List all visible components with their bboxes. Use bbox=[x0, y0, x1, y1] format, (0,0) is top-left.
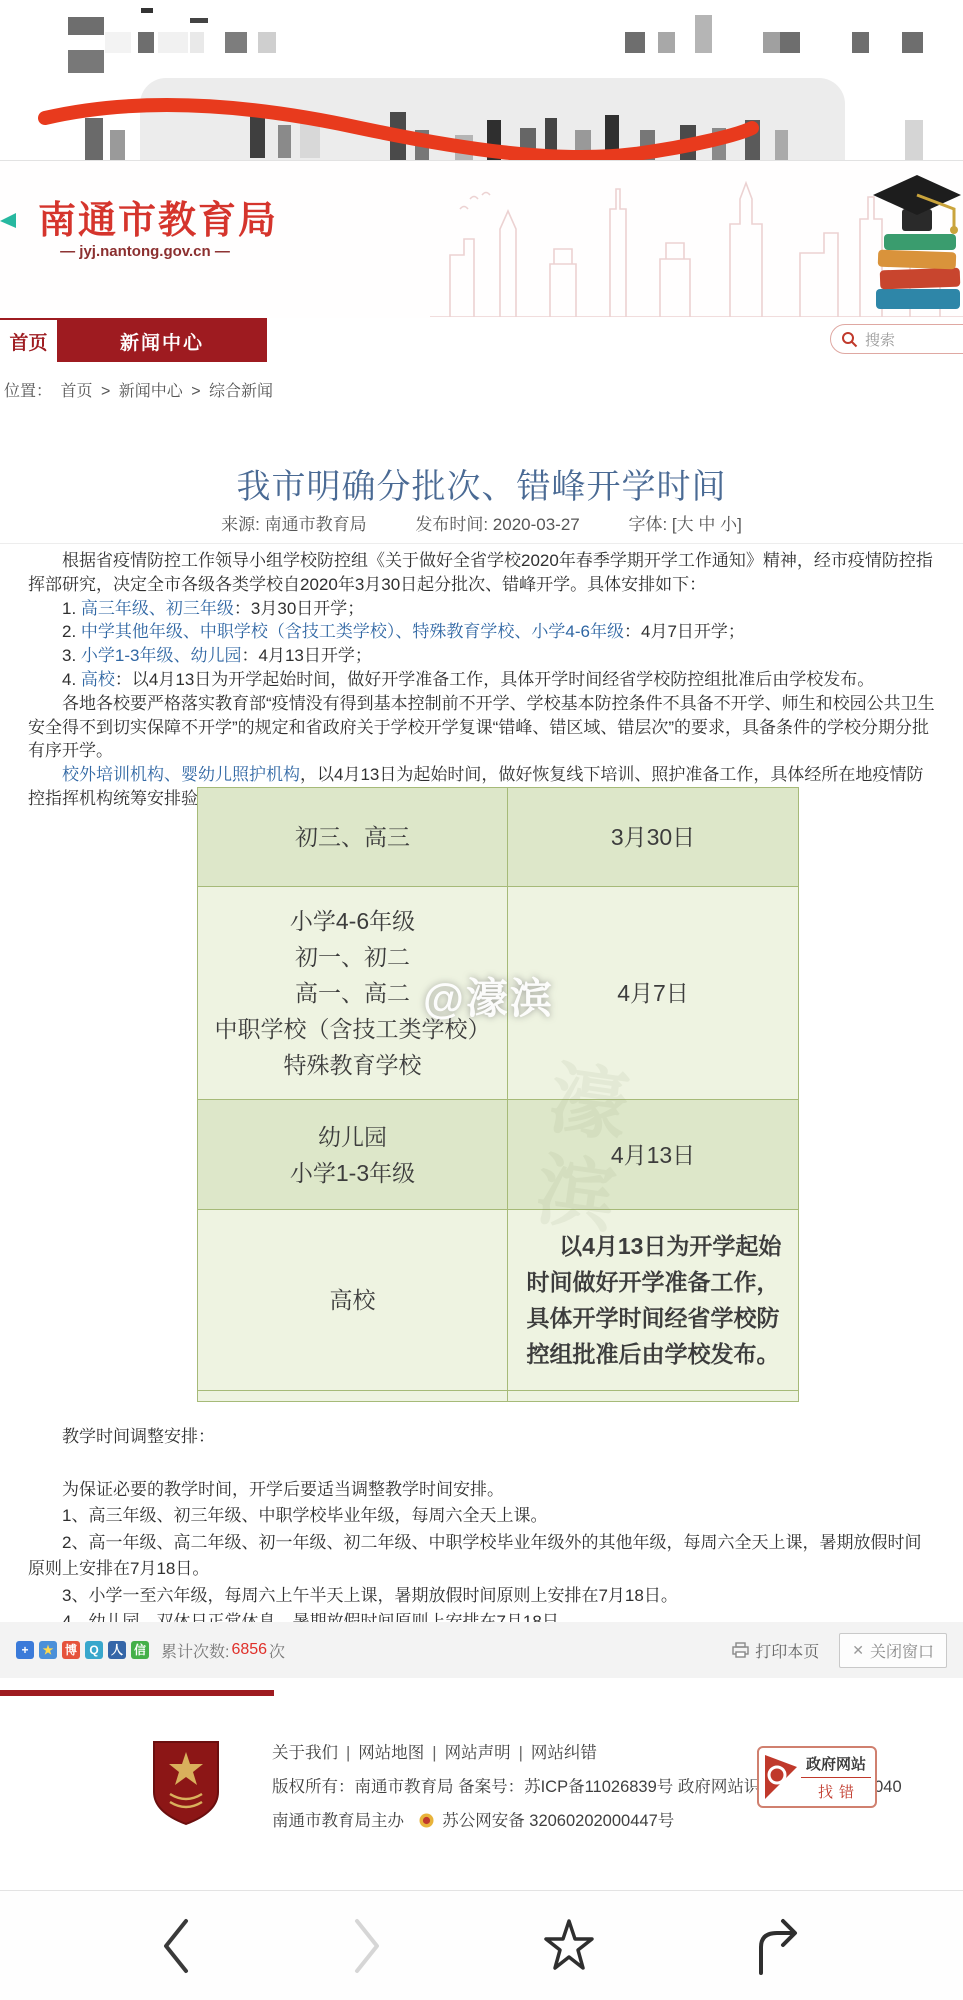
redacted-block bbox=[158, 32, 188, 53]
stats-bar: + ★ 博 Q 人 信 累计次数: 6856 次 打印本页 ✕ 关闭窗口 bbox=[0, 1622, 963, 1678]
redacted-block bbox=[190, 32, 204, 53]
adjustment-item: 3、小学一至六年级，每周六上午半天上课，暑期放假时间原则上安排在7月18日。 bbox=[28, 1583, 936, 1610]
redacted-block bbox=[300, 118, 320, 158]
table-cell-empty bbox=[508, 1391, 799, 1402]
forward-icon[interactable] bbox=[349, 1915, 385, 1977]
police-badge-icon bbox=[419, 1813, 434, 1828]
redacted-block bbox=[141, 8, 153, 13]
table-cell-group: 幼儿园 小学1-3年级 bbox=[198, 1100, 508, 1210]
error-badge-title: 政府网站 bbox=[801, 1753, 871, 1778]
redacted-block bbox=[625, 32, 645, 53]
redacted-block bbox=[775, 130, 788, 160]
close-window-button[interactable]: ✕ 关闭窗口 bbox=[839, 1633, 947, 1668]
redacted-block bbox=[190, 18, 208, 23]
footer-link-separator: | bbox=[519, 1744, 523, 1762]
nav-tabs: 首页 新闻中心 bbox=[0, 318, 267, 362]
share-wechat-icon[interactable]: 信 bbox=[131, 1641, 149, 1659]
item-link[interactable]: 小学1-3年级、幼儿园 bbox=[81, 646, 242, 665]
visit-counter-label: 累计次数: bbox=[161, 1639, 229, 1662]
redacted-block bbox=[763, 32, 780, 53]
schedule-list-item: 1. 高三年级、初三年级：3月30日开学； bbox=[28, 597, 936, 621]
error-report-magnifier-icon bbox=[763, 1753, 801, 1801]
adjustment-intro: 为保证必要的教学时间，开学后要适当调整教学时间安排。 bbox=[28, 1477, 936, 1504]
site-footer: 关于我们|网站地图|网站声明|网站纠错 版权所有：南通市教育局 备案号：苏ICP… bbox=[0, 1730, 963, 1850]
main-nav: 首页 新闻中心 搜索 bbox=[0, 318, 963, 362]
footer-org: 南通市教育局主办 bbox=[272, 1812, 404, 1830]
item-text: ：4月13日开学； bbox=[241, 646, 371, 665]
article-meta: 来源: 南通市教育局 发布时间: 2020-03-27 字体: [大 中 小] bbox=[0, 510, 963, 535]
share-qzone-icon[interactable]: ★ bbox=[39, 1641, 57, 1659]
redacted-block bbox=[695, 15, 712, 53]
footer-link-separator: | bbox=[432, 1744, 436, 1762]
close-window-label: 关闭窗口 bbox=[870, 1639, 934, 1662]
reopening-schedule-table: 初三、高三 3月30日 小学4-6年级 初一、初二 高一、高二 中职学校（含技工… bbox=[197, 787, 799, 1402]
schedule-list-item: 2. 中学其他年级、中职学校（含技工类学校）、特殊教育学校、小学4-6年级：4月… bbox=[28, 620, 936, 644]
table-cell-group: 高校 bbox=[198, 1210, 508, 1391]
article-paragraph: 根据省疫情防控工作领导小组学校防控组《关于做好全省学校2020年春季学期开学工作… bbox=[28, 549, 936, 597]
visit-counter-value: 6856 bbox=[231, 1641, 267, 1659]
redacted-block bbox=[250, 110, 265, 158]
share-forward-icon[interactable] bbox=[753, 1915, 805, 1977]
footer-police-record[interactable]: 苏公网安备 32060202000447号 bbox=[442, 1812, 674, 1830]
breadcrumb: 位置： 首页 > 新闻中心 > 综合新闻 bbox=[4, 378, 277, 401]
item-link[interactable]: 校外培训机构、婴幼儿照护机构 bbox=[62, 765, 300, 784]
graduation-books-illustration bbox=[868, 161, 963, 318]
gov-error-report-badge[interactable]: 政府网站 找错 bbox=[757, 1746, 877, 1808]
redacted-block bbox=[905, 120, 923, 165]
search-icon bbox=[841, 331, 858, 348]
redacted-block bbox=[105, 32, 131, 53]
table-cell-group: 初三、高三 bbox=[198, 788, 508, 887]
redacted-block bbox=[545, 118, 557, 166]
redacted-block bbox=[138, 32, 154, 53]
item-text: ：4月7日开学； bbox=[624, 622, 745, 641]
redacted-block bbox=[390, 112, 406, 162]
redacted-block bbox=[780, 32, 800, 53]
redacted-block bbox=[640, 130, 655, 162]
logo-triangle-icon bbox=[0, 213, 16, 228]
search-input[interactable]: 搜索 bbox=[830, 324, 963, 354]
redacted-block bbox=[852, 32, 869, 53]
item-number: 4. bbox=[62, 670, 81, 689]
site-header: 南通市教育局 — jyj.nantong.gov.cn — bbox=[0, 161, 963, 318]
visit-counter-unit: 次 bbox=[269, 1639, 285, 1662]
footer-link-sitemap[interactable]: 网站地图 bbox=[358, 1744, 424, 1762]
schedule-list-item: 4. 高校：以4月13日为开学起始时间，做好开学准备工作，具体开学时间经省学校防… bbox=[28, 668, 936, 692]
font-size-switcher[interactable]: 字体: [大 中 小] bbox=[628, 515, 741, 534]
redacted-block bbox=[520, 128, 536, 163]
adjustment-heading: 教学时间调整安排： bbox=[28, 1424, 936, 1451]
table-row: 高校 以4月13日为开学起始时间做好开学准备工作，具体开学时间经省学校防控组批准… bbox=[198, 1210, 799, 1391]
table-row: 初三、高三 3月30日 bbox=[198, 788, 799, 887]
adjustment-item: 2、高一年级、高二年级、初一年级、初二年级、中职学校毕业年级外的其他年级，每周六… bbox=[28, 1530, 936, 1583]
redacted-block bbox=[68, 50, 104, 73]
footer-link-about[interactable]: 关于我们 bbox=[272, 1744, 338, 1762]
site-url: — jyj.nantong.gov.cn — bbox=[40, 243, 250, 260]
breadcrumb-prefix: 位置： bbox=[4, 383, 52, 400]
redacted-block bbox=[680, 125, 696, 165]
adjustment-item: 1、高三年级、初三年级、中职学校毕业年级，每周六全天上课。 bbox=[28, 1503, 936, 1530]
browser-toolbar bbox=[0, 1890, 963, 2000]
printer-icon bbox=[732, 1642, 749, 1658]
teaching-adjustment-section: 教学时间调整安排： 为保证必要的教学时间，开学后要适当调整教学时间安排。 1、高… bbox=[28, 1424, 936, 1636]
article-publish-date: 发布时间: 2020-03-27 bbox=[415, 515, 579, 534]
page-title: 我市明确分批次、错峰开学时间 bbox=[0, 459, 963, 508]
footer-org-line: 南通市教育局主办 苏公网安备 32060202000447号 bbox=[272, 1804, 902, 1838]
nav-tab-news-center[interactable]: 新闻中心 bbox=[57, 320, 267, 362]
item-link[interactable]: 中学其他年级、中职学校（含技工类学校）、特殊教育学校、小学4-6年级 bbox=[81, 622, 624, 641]
breadcrumb-current: 综合新闻 bbox=[209, 383, 273, 400]
share-qq-icon[interactable]: Q bbox=[85, 1641, 103, 1659]
item-number: 2. bbox=[62, 622, 81, 641]
gov-badge-icon bbox=[150, 1736, 222, 1828]
site-logo-text[interactable]: 南通市教育局 bbox=[38, 189, 278, 244]
share-icons: + ★ 博 Q 人 信 bbox=[16, 1641, 149, 1659]
nav-tab-home[interactable]: 首页 bbox=[0, 320, 57, 362]
mobile-browser-screenshot: 南通市教育局 — jyj.nantong.gov.cn — bbox=[0, 0, 963, 2000]
print-page-label: 打印本页 bbox=[755, 1639, 819, 1662]
footer-link-separator: | bbox=[346, 1744, 350, 1762]
footer-red-rule bbox=[0, 1690, 274, 1696]
item-link[interactable]: 高校 bbox=[81, 670, 115, 689]
share-weibo-icon[interactable]: 博 bbox=[62, 1641, 80, 1659]
breadcrumb-separator: > bbox=[101, 383, 110, 400]
redacted-block bbox=[902, 32, 923, 53]
footer-link-statement[interactable]: 网站声明 bbox=[445, 1744, 511, 1762]
redacted-block bbox=[68, 17, 104, 35]
item-number: 3. bbox=[62, 646, 81, 665]
redacted-block bbox=[745, 120, 760, 165]
back-icon[interactable] bbox=[158, 1915, 194, 1977]
error-badge-subtitle: 找错 bbox=[801, 1778, 871, 1802]
search-placeholder: 搜索 bbox=[865, 329, 895, 350]
item-text: ：3月30日开学； bbox=[234, 599, 364, 618]
spacer bbox=[28, 1451, 936, 1477]
weibo-watermark: @濠滨 bbox=[423, 966, 554, 1026]
redacted-block bbox=[258, 32, 276, 53]
article-paragraph: 各地各校要严格落实教育部“疫情没有得到基本控制前不开学、学校基本防控条件不具备不… bbox=[28, 692, 936, 763]
item-text: ：以4月13日为开学起始时间，做好开学准备工作，具体开学时间经省学校防控组批准后… bbox=[115, 670, 874, 689]
footer-link-error-report[interactable]: 网站纠错 bbox=[531, 1744, 597, 1762]
table-row: 幼儿园 小学1-3年级 4月13日 bbox=[198, 1100, 799, 1210]
redacted-block bbox=[85, 118, 103, 160]
table-cell-date: 3月30日 bbox=[508, 788, 799, 887]
schedule-list-item: 3. 小学1-3年级、幼儿园：4月13日开学； bbox=[28, 644, 936, 668]
redacted-block bbox=[278, 125, 291, 158]
share-more-icon[interactable]: + bbox=[16, 1641, 34, 1659]
article-body: 根据省疫情防控工作领导小组学校防控组《关于做好全省学校2020年春季学期开学工作… bbox=[28, 549, 936, 811]
redacted-block bbox=[575, 130, 591, 160]
print-page-button[interactable]: 打印本页 bbox=[732, 1639, 819, 1662]
article-source: 来源: 南通市教育局 bbox=[221, 515, 366, 534]
meta-divider bbox=[0, 543, 963, 544]
share-renren-icon[interactable]: 人 bbox=[108, 1641, 126, 1659]
item-number: 1. bbox=[62, 599, 81, 618]
close-icon: ✕ bbox=[852, 1642, 864, 1659]
redacted-block bbox=[225, 32, 247, 53]
redacted-block bbox=[658, 32, 675, 53]
redacted-block bbox=[415, 130, 429, 160]
breadcrumb-news[interactable]: 新闻中心 bbox=[119, 383, 183, 400]
breadcrumb-home[interactable]: 首页 bbox=[60, 383, 92, 400]
item-link[interactable]: 高三年级、初三年级 bbox=[81, 599, 234, 618]
breadcrumb-separator: > bbox=[191, 383, 200, 400]
bookmark-star-icon[interactable] bbox=[540, 1915, 598, 1977]
table-row-spacer bbox=[198, 1391, 799, 1402]
redacted-block bbox=[712, 128, 726, 163]
table-cell-empty bbox=[198, 1391, 508, 1402]
